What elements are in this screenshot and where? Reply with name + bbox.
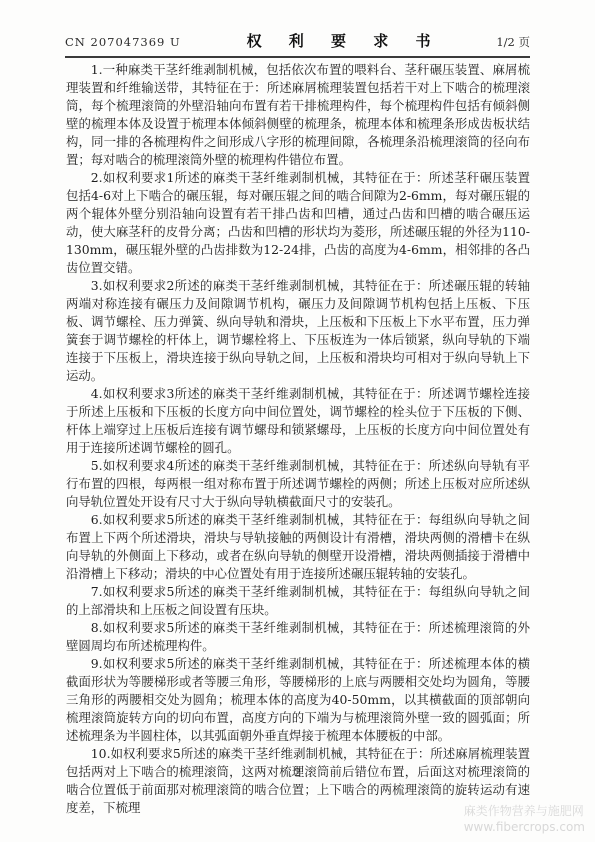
claim-paragraph-3: 3.如权利要求2所述的麻类干茎纤维剥制机械，其特征在于：所述碾压辊的转轴两端对称…	[66, 277, 530, 385]
claim-paragraph-8: 8.如权利要求5所述的麻类干茎纤维剥制机械，其特征在于：所述梳理滚筒的外壁圆周均…	[66, 619, 530, 655]
claim-paragraph-7: 7.如权利要求5所述的麻类干茎纤维剥制机械，其特征在于：每组纵向导轨之间的上部滑…	[66, 583, 530, 619]
watermark: 麻类作物营养与施肥网 www.fibercrops.com	[464, 803, 585, 835]
claim-paragraph-1: 1.一种麻类干茎纤维剥制机械，包括依次布置的喂料台、茎秆碾压装置、麻屑梳理装置和…	[66, 61, 530, 169]
document-number: CN 207047369 U	[65, 35, 181, 49]
claims-body: 1.一种麻类干茎纤维剥制机械，包括依次布置的喂料台、茎秆碾压装置、麻屑梳理装置和…	[66, 61, 530, 817]
claim-paragraph-6: 6.如权利要求5所述的麻类干茎纤维剥制机械，其特征在于：每组纵向导轨之间布置上下…	[66, 511, 530, 583]
watermark-url: www.fibercrops.com	[464, 819, 585, 835]
page-number: 2	[0, 766, 595, 779]
claim-paragraph-9: 9.如权利要求5所述的麻类干茎纤维剥制机械，其特征在于：所述梳理本体的横截面形状…	[66, 655, 530, 745]
claim-paragraph-2: 2.如权利要求1所述的麻类干茎纤维剥制机械，其特征在于：所述茎秆碾压装置包括4-…	[66, 169, 530, 277]
page-indicator: 1/2 页	[496, 34, 530, 50]
page-header: CN 207047369 U 权 利 要 求 书 1/2 页	[65, 30, 530, 58]
watermark-site-name: 麻类作物营养与施肥网	[464, 803, 585, 819]
claim-paragraph-5: 5.如权利要求4所述的麻类干茎纤维剥制机械，其特征在于：所述纵向导轨有平行布置的…	[66, 457, 530, 511]
claim-paragraph-10: 10.如权利要求5所述的麻类干茎纤维剥制机械，其特征在于：所述麻屑梳理装置包括两…	[66, 745, 530, 817]
claim-paragraph-4: 4.如权利要求3所述的麻类干茎纤维剥制机械，其特征在于：所述调节螺栓连接于所述上…	[66, 385, 530, 457]
page-title: 权 利 要 求 书	[247, 30, 442, 51]
patent-claims-page: CN 207047369 U 权 利 要 求 书 1/2 页 1.一种麻类干茎纤…	[0, 0, 595, 842]
